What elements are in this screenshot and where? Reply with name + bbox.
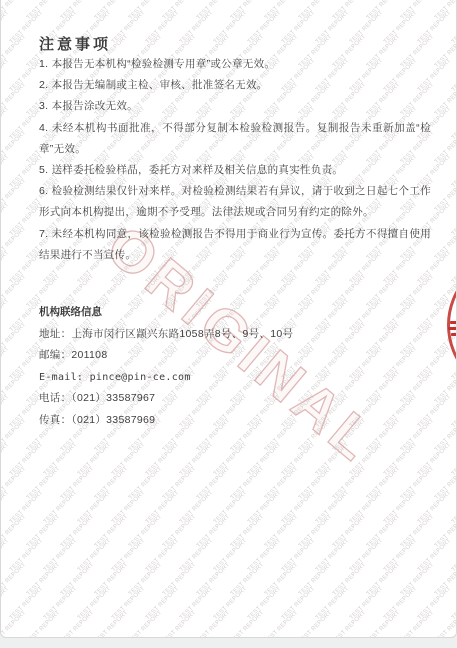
test-report-watermark-tile: TEST REPORT bbox=[434, 34, 457, 69]
test-report-watermark-tile: TEST REPORT bbox=[77, 442, 112, 477]
test-report-watermark-tile: TEST REPORT bbox=[247, 490, 282, 525]
report-page: TEST REPORTTEST REPORTTEST REPORTTEST RE… bbox=[0, 0, 457, 638]
test-report-watermark-tile: TEST REPORT bbox=[383, 10, 418, 45]
test-report-watermark-tile: TEST REPORT bbox=[315, 442, 350, 477]
test-report-watermark-tile: TEST REPORT bbox=[417, 538, 452, 573]
test-report-watermark-tile: TEST REPORT bbox=[451, 250, 457, 285]
test-report-watermark-tile: TEST REPORT bbox=[434, 562, 457, 597]
test-report-watermark-tile: TEST REPORT bbox=[315, 586, 350, 621]
test-report-watermark-tile: TEST REPORT bbox=[43, 490, 78, 525]
test-report-watermark-tile: TEST REPORT bbox=[434, 466, 457, 501]
test-report-watermark-tile: TEST REPORT bbox=[417, 490, 452, 525]
test-report-watermark-tile: TEST REPORT bbox=[451, 490, 457, 525]
test-report-watermark-tile: TEST REPORT bbox=[0, 106, 10, 141]
test-report-watermark-tile: TEST REPORT bbox=[281, 490, 316, 525]
test-report-watermark-tile: TEST REPORT bbox=[451, 154, 457, 189]
test-report-watermark-tile: TEST REPORT bbox=[451, 538, 457, 573]
test-report-watermark-tile: TEST REPORT bbox=[196, 0, 231, 21]
test-report-watermark-tile: TEST REPORT bbox=[43, 586, 78, 621]
test-report-watermark-tile: TEST REPORT bbox=[349, 586, 384, 621]
test-report-watermark-tile: TEST REPORT bbox=[145, 10, 180, 45]
test-report-watermark-tile: TEST REPORT bbox=[128, 514, 163, 549]
test-report-watermark-tile: TEST REPORT bbox=[349, 538, 384, 573]
test-report-watermark-tile: TEST REPORT bbox=[9, 490, 44, 525]
test-report-watermark-tile: TEST REPORT bbox=[213, 10, 248, 45]
test-report-watermark-tile: TEST REPORT bbox=[264, 0, 299, 21]
contact-line: 传真：（021）33587969 bbox=[39, 410, 431, 432]
test-report-watermark-tile: TEST REPORT bbox=[281, 10, 316, 45]
test-report-watermark-tile: TEST REPORT bbox=[128, 0, 163, 21]
test-report-watermark-tile: TEST REPORT bbox=[60, 466, 95, 501]
red-stamp-circle bbox=[447, 254, 457, 396]
test-report-watermark-tile: TEST REPORT bbox=[451, 202, 457, 237]
test-report-watermark-tile: TEST REPORT bbox=[111, 586, 146, 621]
report-notes-page: { "page": { "heading": "注意事项" }, "notes"… bbox=[0, 0, 457, 648]
test-report-watermark-tile: TEST REPORT bbox=[128, 562, 163, 597]
test-report-watermark-tile: TEST REPORT bbox=[400, 610, 435, 638]
test-report-watermark-tile: TEST REPORT bbox=[366, 610, 401, 638]
note-line: 3. 本报告涂改无效。 bbox=[39, 96, 431, 117]
test-report-watermark-tile: TEST REPORT bbox=[196, 514, 231, 549]
test-report-watermark-tile: TEST REPORT bbox=[298, 466, 333, 501]
test-report-watermark-tile: TEST REPORT bbox=[230, 610, 265, 638]
test-report-watermark-tile: TEST REPORT bbox=[0, 562, 27, 597]
test-report-watermark-tile: TEST REPORT bbox=[264, 610, 299, 638]
test-report-watermark-tile: TEST REPORT bbox=[43, 442, 78, 477]
test-report-watermark-tile: TEST REPORT bbox=[162, 466, 197, 501]
test-report-watermark-tile: TEST REPORT bbox=[145, 586, 180, 621]
test-report-watermark-tile: TEST REPORT bbox=[315, 538, 350, 573]
test-report-watermark-tile: TEST REPORT bbox=[145, 490, 180, 525]
test-report-watermark-tile: TEST REPORT bbox=[60, 514, 95, 549]
test-report-watermark-tile: TEST REPORT bbox=[434, 418, 457, 453]
test-report-watermark-tile: TEST REPORT bbox=[0, 298, 10, 333]
test-report-watermark-tile: TEST REPORT bbox=[9, 586, 44, 621]
test-report-watermark-tile: TEST REPORT bbox=[434, 82, 457, 117]
test-report-watermark-tile: TEST REPORT bbox=[128, 610, 163, 638]
test-report-watermark-tile: TEST REPORT bbox=[264, 514, 299, 549]
test-report-watermark-tile: TEST REPORT bbox=[145, 538, 180, 573]
test-report-watermark-tile: TEST REPORT bbox=[434, 226, 457, 261]
test-report-watermark-tile: TEST REPORT bbox=[0, 322, 27, 357]
test-report-watermark-tile: TEST REPORT bbox=[128, 466, 163, 501]
test-report-watermark-tile: TEST REPORT bbox=[94, 0, 129, 21]
test-report-watermark-tile: TEST REPORT bbox=[298, 0, 333, 21]
test-report-watermark-tile: TEST REPORT bbox=[434, 514, 457, 549]
test-report-watermark-tile: TEST REPORT bbox=[451, 10, 457, 45]
test-report-watermark-tile: TEST REPORT bbox=[94, 610, 129, 638]
test-report-watermark-tile: TEST REPORT bbox=[162, 562, 197, 597]
test-report-watermark-tile: TEST REPORT bbox=[0, 82, 27, 117]
note-line: 章”无效。 bbox=[39, 139, 431, 160]
test-report-watermark-tile: TEST REPORT bbox=[332, 514, 367, 549]
test-report-watermark-tile: TEST REPORT bbox=[26, 514, 61, 549]
test-report-watermark-tile: TEST REPORT bbox=[349, 490, 384, 525]
test-report-watermark-tile: TEST REPORT bbox=[213, 490, 248, 525]
test-report-watermark-tile: TEST REPORT bbox=[434, 370, 457, 405]
contact-line: 邮编：201108 bbox=[39, 345, 431, 367]
note-line: 结果进行不当宣传。 bbox=[39, 245, 431, 266]
test-report-watermark-tile: TEST REPORT bbox=[0, 0, 27, 21]
test-report-watermark-tile: TEST REPORT bbox=[0, 394, 10, 429]
test-report-watermark-tile: TEST REPORT bbox=[417, 442, 452, 477]
test-report-watermark-tile: TEST REPORT bbox=[366, 514, 401, 549]
test-report-watermark-tile: TEST REPORT bbox=[60, 610, 95, 638]
test-report-watermark-tile: TEST REPORT bbox=[332, 562, 367, 597]
test-report-watermark-tile: TEST REPORT bbox=[94, 514, 129, 549]
test-report-watermark-tile: TEST REPORT bbox=[0, 274, 27, 309]
red-stamp-text-fragment bbox=[448, 327, 457, 330]
test-report-watermark-tile: TEST REPORT bbox=[179, 442, 214, 477]
test-report-watermark-tile: TEST REPORT bbox=[349, 10, 384, 45]
test-report-watermark-tile: TEST REPORT bbox=[162, 610, 197, 638]
test-report-watermark-tile: TEST REPORT bbox=[434, 274, 457, 309]
contact-lines: 地址：上海市闵行区颛兴东路1058弄8号、9号、10号邮编：201108E-ma… bbox=[39, 324, 431, 432]
test-report-watermark-tile: TEST REPORT bbox=[26, 562, 61, 597]
test-report-watermark-tile: TEST REPORT bbox=[247, 586, 282, 621]
red-stamp-text-fragment bbox=[450, 321, 457, 324]
test-report-watermark-tile: TEST REPORT bbox=[434, 610, 457, 638]
test-report-watermark-tile: TEST REPORT bbox=[179, 490, 214, 525]
test-report-watermark-tile: TEST REPORT bbox=[9, 538, 44, 573]
test-report-watermark-tile: TEST REPORT bbox=[196, 466, 231, 501]
test-report-watermark-tile: TEST REPORT bbox=[400, 466, 435, 501]
test-report-watermark-tile: TEST REPORT bbox=[400, 562, 435, 597]
test-report-watermark-tile: TEST REPORT bbox=[0, 514, 27, 549]
test-report-watermark-tile: TEST REPORT bbox=[60, 0, 95, 21]
test-report-watermark-tile: TEST REPORT bbox=[0, 34, 27, 69]
test-report-watermark-tile: TEST REPORT bbox=[298, 562, 333, 597]
test-report-watermark-tile: TEST REPORT bbox=[111, 538, 146, 573]
test-report-watermark-tile: TEST REPORT bbox=[451, 394, 457, 429]
test-report-watermark-tile: TEST REPORT bbox=[145, 442, 180, 477]
test-report-watermark-tile: TEST REPORT bbox=[451, 106, 457, 141]
test-report-watermark-tile: TEST REPORT bbox=[77, 586, 112, 621]
note-line: 2. 本报告无编制或主检、审核、批准签名无效。 bbox=[39, 75, 431, 96]
test-report-watermark-tile: TEST REPORT bbox=[43, 538, 78, 573]
test-report-watermark-tile: TEST REPORT bbox=[0, 370, 27, 405]
test-report-watermark-tile: TEST REPORT bbox=[383, 442, 418, 477]
red-stamp-text-fragment bbox=[451, 333, 457, 336]
test-report-watermark-tile: TEST REPORT bbox=[111, 490, 146, 525]
test-report-watermark-tile: TEST REPORT bbox=[0, 490, 10, 525]
test-report-watermark-tile: TEST REPORT bbox=[451, 586, 457, 621]
test-report-watermark-tile: TEST REPORT bbox=[0, 586, 10, 621]
test-report-watermark-tile: TEST REPORT bbox=[383, 490, 418, 525]
test-report-watermark-tile: TEST REPORT bbox=[451, 58, 457, 93]
test-report-watermark-tile: TEST REPORT bbox=[0, 250, 10, 285]
test-report-watermark-tile: TEST REPORT bbox=[264, 466, 299, 501]
test-report-watermark-tile: TEST REPORT bbox=[162, 0, 197, 21]
test-report-watermark-tile: TEST REPORT bbox=[383, 586, 418, 621]
contact-line: 电话：（021）33587967 bbox=[39, 388, 431, 410]
test-report-watermark-tile: TEST REPORT bbox=[196, 562, 231, 597]
test-report-watermark-tile: TEST REPORT bbox=[264, 562, 299, 597]
test-report-watermark-tile: TEST REPORT bbox=[0, 154, 10, 189]
test-report-watermark-tile: TEST REPORT bbox=[179, 538, 214, 573]
test-report-watermark-tile: TEST REPORT bbox=[332, 610, 367, 638]
test-report-watermark-tile: TEST REPORT bbox=[111, 442, 146, 477]
test-report-watermark-tile: TEST REPORT bbox=[417, 586, 452, 621]
test-report-watermark-tile: TEST REPORT bbox=[315, 490, 350, 525]
test-report-watermark-tile: TEST REPORT bbox=[247, 442, 282, 477]
test-report-watermark-tile: TEST REPORT bbox=[94, 562, 129, 597]
test-report-watermark-tile: TEST REPORT bbox=[0, 226, 27, 261]
test-report-watermark-tile: TEST REPORT bbox=[26, 610, 61, 638]
test-report-watermark-tile: TEST REPORT bbox=[434, 0, 457, 21]
test-report-watermark-tile: TEST REPORT bbox=[111, 10, 146, 45]
test-report-watermark-tile: TEST REPORT bbox=[281, 586, 316, 621]
test-report-watermark-tile: TEST REPORT bbox=[0, 130, 27, 165]
test-report-watermark-tile: TEST REPORT bbox=[247, 538, 282, 573]
note-line: 5. 送样委托检验样品，委托方对来样及相关信息的真实性负责。 bbox=[39, 160, 431, 181]
test-report-watermark-tile: TEST REPORT bbox=[451, 442, 457, 477]
test-report-watermark-tile: TEST REPORT bbox=[0, 610, 27, 638]
test-report-watermark-tile: TEST REPORT bbox=[0, 466, 27, 501]
test-report-watermark-tile: TEST REPORT bbox=[332, 466, 367, 501]
test-report-watermark-tile: TEST REPORT bbox=[213, 538, 248, 573]
test-report-watermark-tile: TEST REPORT bbox=[383, 538, 418, 573]
test-report-watermark-tile: TEST REPORT bbox=[179, 10, 214, 45]
test-report-watermark-tile: TEST REPORT bbox=[213, 586, 248, 621]
test-report-watermark-tile: TEST REPORT bbox=[230, 0, 265, 21]
test-report-watermark-tile: TEST REPORT bbox=[281, 442, 316, 477]
test-report-watermark-tile: TEST REPORT bbox=[332, 0, 367, 21]
test-report-watermark-tile: TEST REPORT bbox=[94, 466, 129, 501]
contact-info-section: 机构联络信息 地址：上海市闵行区颛兴东路1058弄8号、9号、10号邮编：201… bbox=[39, 302, 431, 432]
test-report-watermark-tile: TEST REPORT bbox=[26, 466, 61, 501]
test-report-watermark-tile: TEST REPORT bbox=[0, 418, 27, 453]
test-report-watermark-tile: TEST REPORT bbox=[230, 562, 265, 597]
contact-line: E-mail: pince@pin-ce.com bbox=[39, 367, 431, 389]
test-report-watermark-tile: TEST REPORT bbox=[298, 610, 333, 638]
test-report-watermark-tile: TEST REPORT bbox=[77, 490, 112, 525]
note-line: 1. 本报告无本机构“检验检测专用章”或公章无效。 bbox=[39, 54, 431, 75]
test-report-watermark-tile: TEST REPORT bbox=[0, 178, 27, 213]
test-report-watermark-tile: TEST REPORT bbox=[0, 10, 10, 45]
note-line: 6. 检验检测结果仅针对来样。对检验检测结果若有异议，请于收到之日起七个工作日内… bbox=[39, 181, 431, 202]
notes-list: 1. 本报告无本机构“检验检测专用章”或公章无效。2. 本报告无编制或主检、审核… bbox=[39, 54, 431, 266]
test-report-watermark-tile: TEST REPORT bbox=[349, 442, 384, 477]
test-report-watermark-tile: TEST REPORT bbox=[0, 538, 10, 573]
test-report-watermark-tile: TEST REPORT bbox=[281, 538, 316, 573]
test-report-watermark-tile: TEST REPORT bbox=[60, 562, 95, 597]
note-line: 形式向本机构提出，逾期不予受理。法律法规或合同另有约定的除外。 bbox=[39, 202, 431, 223]
test-report-watermark-tile: TEST REPORT bbox=[315, 10, 350, 45]
test-report-watermark-tile: TEST REPORT bbox=[9, 442, 44, 477]
test-report-watermark-tile: TEST REPORT bbox=[230, 466, 265, 501]
test-report-watermark-tile: TEST REPORT bbox=[230, 514, 265, 549]
test-report-watermark-tile: TEST REPORT bbox=[0, 202, 10, 237]
note-line: 7. 未经本机构同意，该检验检测报告不得用于商业行为宣传。委托方不得擅自使用检测… bbox=[39, 224, 431, 245]
test-report-watermark-tile: TEST REPORT bbox=[434, 178, 457, 213]
test-report-watermark-tile: TEST REPORT bbox=[451, 346, 457, 381]
test-report-watermark-tile: TEST REPORT bbox=[247, 10, 282, 45]
test-report-watermark-tile: TEST REPORT bbox=[0, 346, 10, 381]
test-report-watermark-tile: TEST REPORT bbox=[77, 538, 112, 573]
test-report-watermark-tile: TEST REPORT bbox=[400, 514, 435, 549]
test-report-watermark-tile: TEST REPORT bbox=[366, 466, 401, 501]
note-line: 4. 未经本机构书面批准，不得部分复制本检验检测报告。复制报告未重新加盖“检验检… bbox=[39, 118, 431, 139]
test-report-watermark-tile: TEST REPORT bbox=[179, 586, 214, 621]
page-title: 注意事项 bbox=[39, 33, 111, 54]
test-report-watermark-tile: TEST REPORT bbox=[26, 0, 61, 21]
test-report-watermark-tile: TEST REPORT bbox=[0, 58, 10, 93]
test-report-watermark-tile: TEST REPORT bbox=[0, 442, 10, 477]
test-report-watermark-tile: TEST REPORT bbox=[213, 442, 248, 477]
test-report-watermark-tile: TEST REPORT bbox=[196, 610, 231, 638]
test-report-watermark-tile: TEST REPORT bbox=[366, 0, 401, 21]
contact-heading: 机构联络信息 bbox=[39, 302, 431, 324]
test-report-watermark-tile: TEST REPORT bbox=[417, 10, 452, 45]
test-report-watermark-tile: TEST REPORT bbox=[366, 562, 401, 597]
contact-line: 地址：上海市闵行区颛兴东路1058弄8号、9号、10号 bbox=[39, 324, 431, 346]
test-report-watermark-tile: TEST REPORT bbox=[400, 0, 435, 21]
test-report-watermark-tile: TEST REPORT bbox=[162, 514, 197, 549]
test-report-watermark-tile: TEST REPORT bbox=[434, 130, 457, 165]
test-report-watermark-tile: TEST REPORT bbox=[298, 514, 333, 549]
